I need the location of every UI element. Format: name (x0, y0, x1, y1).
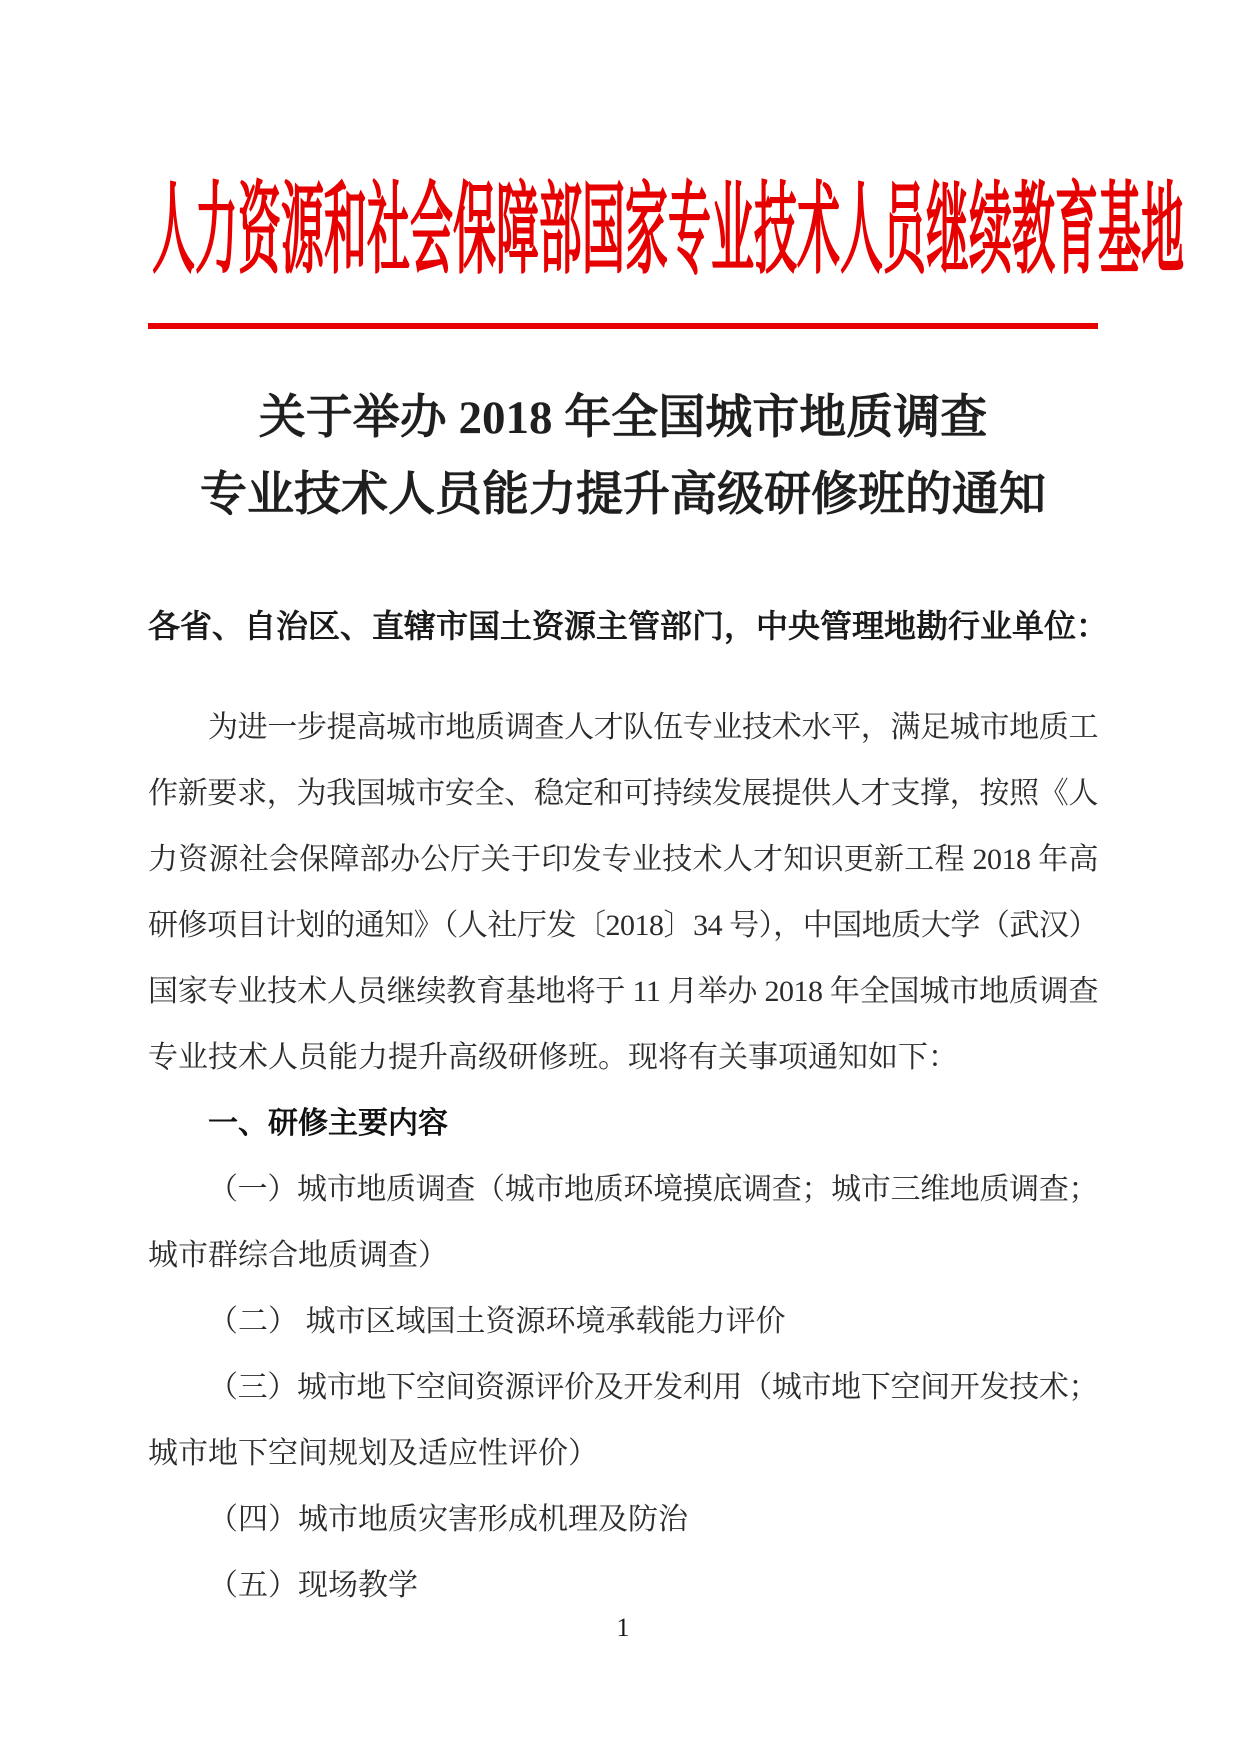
letterhead-banner-text: 人力资源和社会保障部国家专业技术人员继续教育基地 (152, 180, 1184, 280)
list-item: （一）城市地质调查（城市地质环境摸底调查；城市三维地质调查； (148, 1157, 1098, 1223)
body-line: 研修项目计划的通知》（人社厅发〔2018〕34 号），中国地质大学（武汉） (148, 893, 1098, 959)
body-line: 为进一步提高城市地质调查人才队伍专业技术水平，满足城市地质工 (148, 695, 1098, 761)
body-line: 力资源社会保障部办公厅关于印发专业技术人才知识更新工程 2018 年高级 (148, 827, 1098, 893)
document-title: 关于举办 2018 年全国城市地质调查 专业技术人员能力提升高级研修班的通知 (148, 380, 1098, 534)
page-number: 1 (148, 1612, 1098, 1644)
document-body: 为进一步提高城市地质调查人才队伍专业技术水平，满足城市地质工 作新要求，为我国城… (148, 695, 1098, 1619)
list-item: （四）城市地质灾害形成机理及防治 (148, 1487, 1098, 1553)
letterhead-divider-rule (148, 323, 1098, 329)
document-title-line1: 关于举办 2018 年全国城市地质调查 (148, 380, 1098, 457)
list-item: （二） 城市区域国土资源环境承载能力评价 (148, 1289, 1098, 1355)
salutation-line: 各省、自治区、直辖市国土资源主管部门，中央管理地勘行业单位： (148, 603, 1148, 649)
body-line: 专业技术人员能力提升高级研修班。现将有关事项通知如下： (148, 1025, 1098, 1091)
list-item-continuation: 城市地下空间规划及适应性评价） (148, 1421, 1098, 1487)
section-heading: 一、研修主要内容 (148, 1091, 1098, 1157)
body-line: 作新要求，为我国城市安全、稳定和可持续发展提供人才支撑，按照《人 (148, 761, 1098, 827)
list-item: （三）城市地下空间资源评价及开发利用（城市地下空间开发技术； (148, 1355, 1098, 1421)
document-title-line2: 专业技术人员能力提升高级研修班的通知 (148, 457, 1098, 534)
letterhead-banner: 人力资源和社会保障部国家专业技术人员继续教育基地 (152, 180, 1240, 280)
list-item-continuation: 城市群综合地质调查） (148, 1223, 1098, 1289)
document-page: 人力资源和社会保障部国家专业技术人员继续教育基地 关于举办 2018 年全国城市… (0, 0, 1240, 1754)
list-item: （五）现场教学 (148, 1553, 1098, 1619)
body-line: 国家专业技术人员继续教育基地将于 11 月举办 2018 年全国城市地质调查 (148, 959, 1098, 1025)
